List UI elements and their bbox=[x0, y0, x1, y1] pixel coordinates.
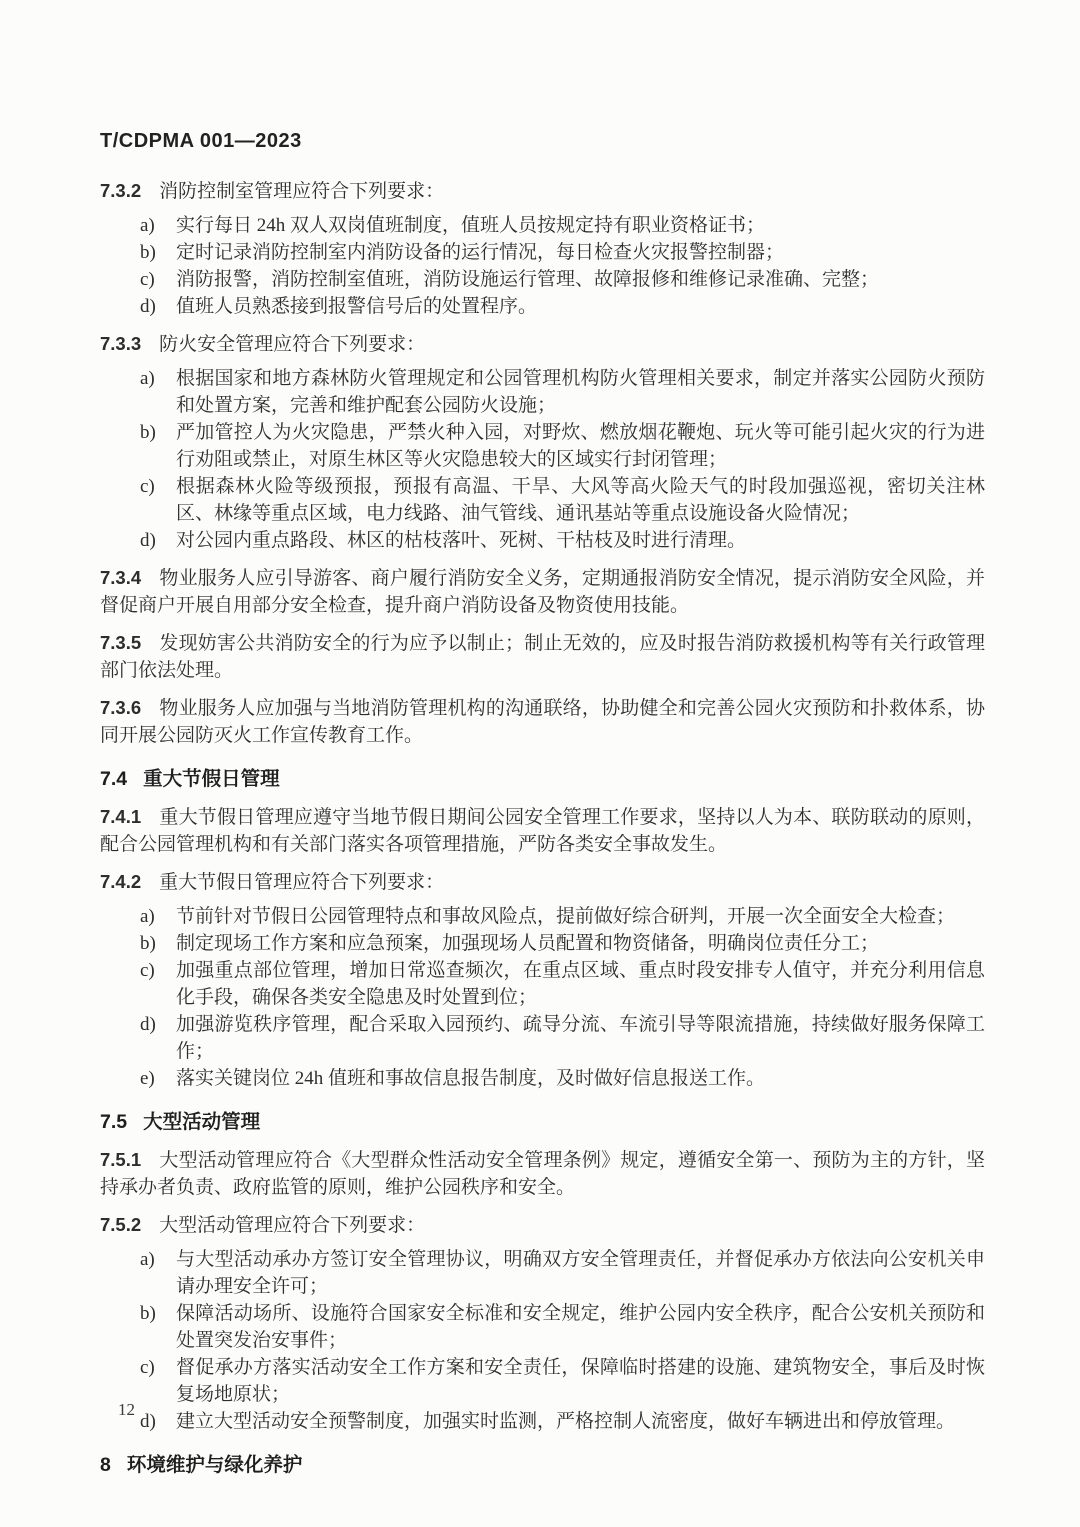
list-item: c)督促承办方落实活动安全工作方案和安全责任，保障临时搭建的设施、建筑物安全，事… bbox=[100, 1354, 985, 1408]
clause-text: 重大节假日管理应遵守当地节假日期间公园安全管理工作要求，坚持以人为本、联防联动的… bbox=[100, 807, 985, 855]
clause-7-3-6: 7.3.6物业服务人应加强与当地消防管理机构的沟通联络，协助健全和完善公园火灾预… bbox=[100, 694, 985, 749]
clause-number: 7.5.1 bbox=[100, 1149, 141, 1170]
clause-7-4-1: 7.4.1重大节假日管理应遵守当地节假日期间公园安全管理工作要求，坚持以人为本、… bbox=[100, 803, 985, 858]
list-item-text: 对公园内重点路段、林区的枯枝落叶、死树、干枯枝及时进行清理。 bbox=[176, 527, 985, 554]
list-item: c)加强重点部位管理，增加日常巡查频次，在重点区域、重点时段安排专人值守，并充分… bbox=[100, 957, 985, 1011]
clause-number: 7.3.4 bbox=[100, 567, 141, 588]
section-heading-7-5: 7.5大型活动管理 bbox=[100, 1109, 985, 1136]
list-item-text: 督促承办方落实活动安全工作方案和安全责任，保障临时搭建的设施、建筑物安全，事后及… bbox=[176, 1354, 985, 1408]
list-item-text: 实行每日 24h 双人双岗值班制度，值班人员按规定持有职业资格证书； bbox=[176, 212, 985, 239]
list-item-label: a) bbox=[140, 212, 166, 239]
section-heading-7-4: 7.4重大节假日管理 bbox=[100, 766, 985, 793]
list-item-label: c) bbox=[140, 1354, 166, 1381]
page-number: 12 bbox=[118, 1396, 135, 1423]
clause-number: 7.3.5 bbox=[100, 632, 141, 653]
list-item: d)对公园内重点路段、林区的枯枝落叶、死树、干枯枝及时进行清理。 bbox=[100, 527, 985, 554]
clause-number: 7.4.1 bbox=[100, 806, 141, 827]
list-item: b)保障活动场所、设施符合国家安全标准和安全规定，维护公园内安全秩序，配合公安机… bbox=[100, 1300, 985, 1354]
section-number: 7.4 bbox=[100, 768, 127, 790]
list-item-text: 制定现场工作方案和应急预案，加强现场人员配置和物资储备，明确岗位责任分工； bbox=[176, 930, 985, 957]
list-item-text: 建立大型活动安全预警制度，加强实时监测，严格控制人流密度，做好车辆进出和停放管理… bbox=[176, 1408, 985, 1435]
document-page: T/CDPMA 001—2023 7.3.2消防控制室管理应符合下列要求： a)… bbox=[0, 0, 1080, 1527]
list-item-text: 保障活动场所、设施符合国家安全标准和安全规定，维护公园内安全秩序，配合公安机关预… bbox=[176, 1300, 985, 1354]
list-item-text: 加强游览秩序管理，配合采取入园预约、疏导分流、车流引导等限流措施，持续做好服务保… bbox=[176, 1011, 985, 1065]
list-item-text: 严加管控人为火灾隐患，严禁火种入园，对野炊、燃放烟花鞭炮、玩火等可能引起火灾的行… bbox=[176, 419, 985, 473]
list-item-label: b) bbox=[140, 419, 166, 446]
clause-number: 7.3.6 bbox=[100, 697, 141, 718]
list-item-text: 消防报警，消防控制室值班，消防设施运行管理、故障报修和维修记录准确、完整； bbox=[176, 266, 985, 293]
list-7-5-2: a)与大型活动承办方签订安全管理协议，明确双方安全管理责任，并督促承办方依法向公… bbox=[100, 1246, 985, 1435]
list-item-text: 加强重点部位管理，增加日常巡查频次，在重点区域、重点时段安排专人值守，并充分利用… bbox=[176, 957, 985, 1011]
document-standard-number: T/CDPMA 001—2023 bbox=[100, 128, 985, 155]
list-item: a)与大型活动承办方签订安全管理协议，明确双方安全管理责任，并督促承办方依法向公… bbox=[100, 1246, 985, 1300]
list-item-label: c) bbox=[140, 473, 166, 500]
list-item: a)实行每日 24h 双人双岗值班制度，值班人员按规定持有职业资格证书； bbox=[100, 212, 985, 239]
list-item-label: c) bbox=[140, 266, 166, 293]
list-item: d)值班人员熟悉接到报警信号后的处置程序。 bbox=[100, 293, 985, 320]
clause-7-3-5: 7.3.5发现妨害公共消防安全的行为应予以制止；制止无效的，应及时报告消防救援机… bbox=[100, 629, 985, 684]
clause-text: 物业服务人应引导游客、商户履行消防安全义务，定期通报消防安全情况，提示消防安全风… bbox=[100, 568, 985, 616]
list-item-label: a) bbox=[140, 903, 166, 930]
list-7-4-2: a)节前针对节假日公园管理特点和事故风险点，提前做好综合研判，开展一次全面安全大… bbox=[100, 903, 985, 1092]
clause-number: 7.4.2 bbox=[100, 871, 141, 892]
list-item: b)定时记录消防控制室内消防设备的运行情况，每日检查火灾报警控制器； bbox=[100, 239, 985, 266]
list-item-text: 节前针对节假日公园管理特点和事故风险点，提前做好综合研判，开展一次全面安全大检查… bbox=[176, 903, 985, 930]
clause-number: 7.5.2 bbox=[100, 1214, 141, 1235]
list-item: a)根据国家和地方森林防火管理规定和公园管理机构防火管理相关要求，制定并落实公园… bbox=[100, 365, 985, 419]
list-item-label: b) bbox=[140, 239, 166, 266]
list-item: c)根据森林火险等级预报，预报有高温、干旱、大风等高火险天气的时段加强巡视，密切… bbox=[100, 473, 985, 527]
list-item: d)加强游览秩序管理，配合采取入园预约、疏导分流、车流引导等限流措施，持续做好服… bbox=[100, 1011, 985, 1065]
list-item-text: 与大型活动承办方签订安全管理协议，明确双方安全管理责任，并督促承办方依法向公安机… bbox=[176, 1246, 985, 1300]
clause-7-3-2: 7.3.2消防控制室管理应符合下列要求： bbox=[100, 177, 985, 205]
list-item-text: 定时记录消防控制室内消防设备的运行情况，每日检查火灾报警控制器； bbox=[176, 239, 985, 266]
list-item: a)节前针对节假日公园管理特点和事故风险点，提前做好综合研判，开展一次全面安全大… bbox=[100, 903, 985, 930]
list-item-text: 根据国家和地方森林防火管理规定和公园管理机构防火管理相关要求，制定并落实公园防火… bbox=[176, 365, 985, 419]
list-item-label: b) bbox=[140, 1300, 166, 1327]
list-item-label: d) bbox=[140, 1408, 166, 1435]
list-item-label: a) bbox=[140, 365, 166, 392]
clause-text: 重大节假日管理应符合下列要求： bbox=[159, 872, 444, 893]
list-item: b)制定现场工作方案和应急预案，加强现场人员配置和物资储备，明确岗位责任分工； bbox=[100, 930, 985, 957]
list-item-label: e) bbox=[140, 1065, 166, 1092]
clause-number: 7.3.2 bbox=[100, 180, 141, 201]
list-item-label: d) bbox=[140, 1011, 166, 1038]
clause-7-3-4: 7.3.4物业服务人应引导游客、商户履行消防安全义务，定期通报消防安全情况，提示… bbox=[100, 564, 985, 619]
clause-7-4-2: 7.4.2重大节假日管理应符合下列要求： bbox=[100, 868, 985, 896]
list-item-label: b) bbox=[140, 930, 166, 957]
clause-7-5-2: 7.5.2大型活动管理应符合下列要求： bbox=[100, 1211, 985, 1239]
clause-text: 大型活动管理应符合下列要求： bbox=[159, 1215, 425, 1236]
clause-7-5-1: 7.5.1大型活动管理应符合《大型群众性活动安全管理条例》规定，遵循安全第一、预… bbox=[100, 1146, 985, 1201]
list-7-3-2: a)实行每日 24h 双人双岗值班制度，值班人员按规定持有职业资格证书； b)定… bbox=[100, 212, 985, 320]
list-item-label: d) bbox=[140, 293, 166, 320]
list-item-text: 根据森林火险等级预报，预报有高温、干旱、大风等高火险天气的时段加强巡视，密切关注… bbox=[176, 473, 985, 527]
list-7-3-3: a)根据国家和地方森林防火管理规定和公园管理机构防火管理相关要求，制定并落实公园… bbox=[100, 365, 985, 554]
list-item-text: 值班人员熟悉接到报警信号后的处置程序。 bbox=[176, 293, 985, 320]
list-item: b)严加管控人为火灾隐患，严禁火种入园，对野炊、燃放烟花鞭炮、玩火等可能引起火灾… bbox=[100, 419, 985, 473]
section-heading-8: 8环境维护与绿化养护 bbox=[100, 1452, 985, 1479]
list-item-label: c) bbox=[140, 957, 166, 984]
list-item-label: a) bbox=[140, 1246, 166, 1273]
list-item: d)建立大型活动安全预警制度，加强实时监测，严格控制人流密度，做好车辆进出和停放… bbox=[100, 1408, 985, 1435]
clause-7-3-3: 7.3.3防火安全管理应符合下列要求： bbox=[100, 330, 985, 358]
clause-text: 大型活动管理应符合《大型群众性活动安全管理条例》规定，遵循安全第一、预防为主的方… bbox=[100, 1150, 985, 1198]
list-item-label: d) bbox=[140, 527, 166, 554]
clause-text: 防火安全管理应符合下列要求： bbox=[159, 334, 425, 355]
list-item: c)消防报警，消防控制室值班，消防设施运行管理、故障报修和维修记录准确、完整； bbox=[100, 266, 985, 293]
clause-text: 发现妨害公共消防安全的行为应予以制止；制止无效的，应及时报告消防救援机构等有关行… bbox=[100, 633, 985, 681]
clause-text: 物业服务人应加强与当地消防管理机构的沟通联络，协助健全和完善公园火灾预防和扑救体… bbox=[100, 698, 985, 746]
section-number: 8 bbox=[100, 1454, 111, 1476]
list-item-text: 落实关键岗位 24h 值班和事故信息报告制度，及时做好信息报送工作。 bbox=[176, 1065, 985, 1092]
list-item: e)落实关键岗位 24h 值班和事故信息报告制度，及时做好信息报送工作。 bbox=[100, 1065, 985, 1092]
clause-number: 7.3.3 bbox=[100, 333, 141, 354]
section-title: 重大节假日管理 bbox=[143, 768, 280, 790]
clause-text: 消防控制室管理应符合下列要求： bbox=[159, 181, 444, 202]
section-title: 环境维护与绿化养护 bbox=[127, 1454, 303, 1476]
section-title: 大型活动管理 bbox=[143, 1111, 260, 1133]
section-number: 7.5 bbox=[100, 1111, 127, 1133]
